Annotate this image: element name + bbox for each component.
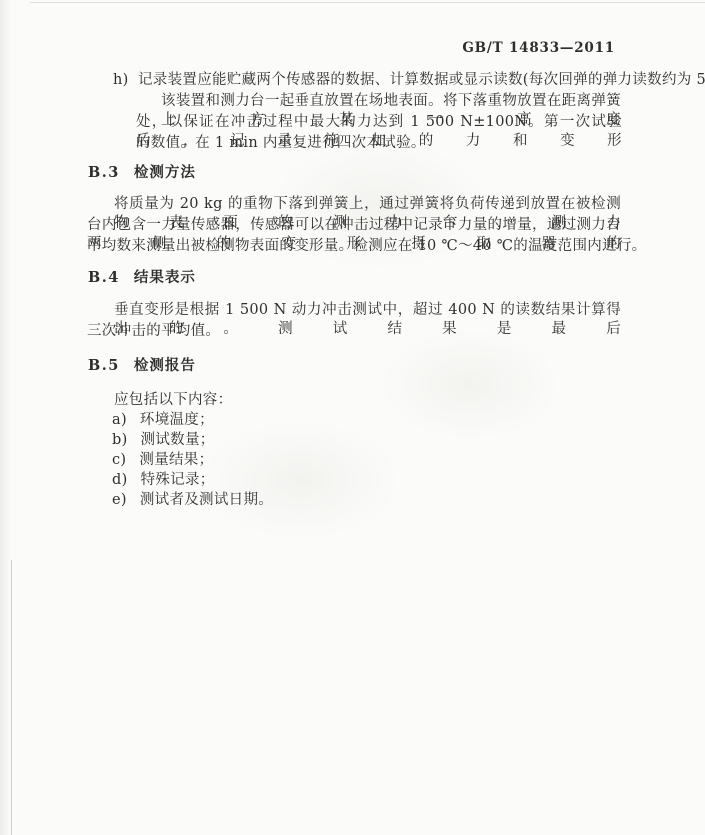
list-item: a)环境温度； xyxy=(112,411,214,430)
list-item: d)特殊记录； xyxy=(112,471,215,490)
scan-left-edge-line xyxy=(11,560,12,835)
scan-top-edge-line xyxy=(30,2,705,3)
section-b5-title: 检测报告 xyxy=(134,357,196,374)
section-b4-line-2: 三次冲击的平均值。 xyxy=(87,322,220,341)
section-b4-number: B.4 xyxy=(88,269,120,286)
section-b5-intro: 应包括以下内容： xyxy=(114,391,232,410)
section-b3-number: B.3 xyxy=(88,164,120,181)
section-b3-heading: B.3检测方法 xyxy=(88,163,196,183)
clause-h-line-1: 记录装置应能贮藏两个传感器的数据、计算数据或显示读数(每次回弹的弹力读数约为 5… xyxy=(138,71,705,90)
section-b3-title: 检测方法 xyxy=(134,164,196,181)
section-b5-number: B.5 xyxy=(88,357,120,374)
clause-h-line-4: 的数值。在 1 min 内重复进行四次本试验。 xyxy=(136,134,426,153)
list-item-b-marker: b) xyxy=(112,432,128,448)
section-b5-heading: B.5检测报告 xyxy=(88,356,196,376)
list-item-e-text: 测试者及测试日期。 xyxy=(140,492,273,508)
list-item: c)测量结果； xyxy=(112,451,213,470)
scan-smudge xyxy=(380,330,560,440)
list-item-c-marker: c) xyxy=(112,452,126,468)
list-item-b-text: 测试数量； xyxy=(141,432,215,448)
list-item-c-text: 测量结果； xyxy=(139,452,213,468)
list-item-d-marker: d) xyxy=(112,472,128,488)
document-page: GB/T 14833—2011 h) 记录装置应能贮藏两个传感器的数据、计算数据… xyxy=(0,0,705,835)
list-item-a-text: 环境温度； xyxy=(140,412,214,428)
list-item-d-text: 特殊记录； xyxy=(141,472,215,488)
list-item-e-marker: e) xyxy=(112,492,127,508)
clause-h-marker: h) xyxy=(113,71,129,90)
list-item: b)测试数量； xyxy=(112,431,215,450)
section-b3-line-3: 平均数来测量出被检测物表面的变形量。检测应在 10 ℃～40 ℃的温度范围内进行… xyxy=(87,237,646,256)
list-item-a-marker: a) xyxy=(112,412,127,428)
section-b4-heading: B.4结果表示 xyxy=(88,268,196,288)
page-header-standard-code: GB/T 14833—2011 xyxy=(462,40,615,56)
scan-smudge xyxy=(200,420,400,540)
list-item: e)测试者及测试日期。 xyxy=(112,491,273,510)
section-b4-title: 结果表示 xyxy=(134,269,196,286)
